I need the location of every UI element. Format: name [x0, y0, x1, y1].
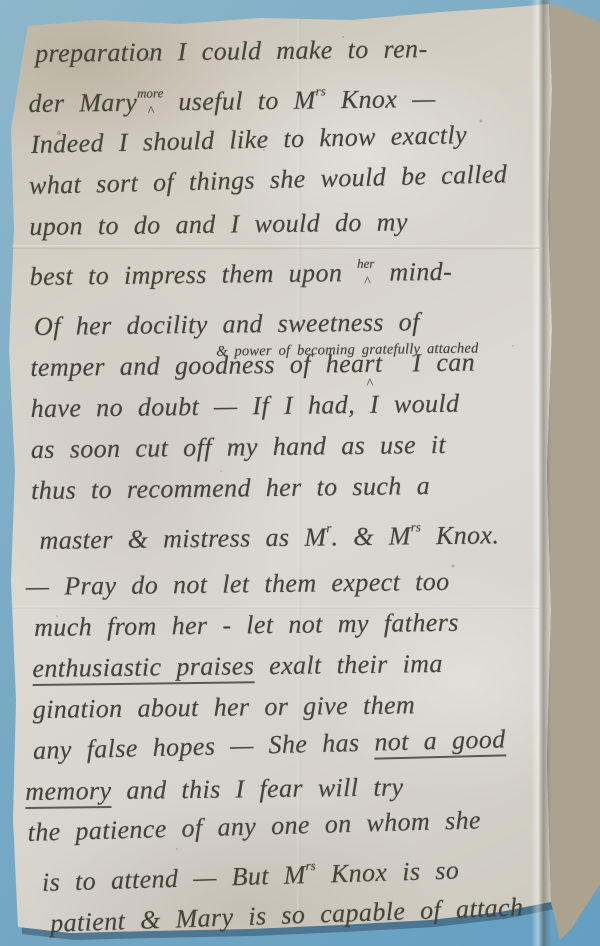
letter-line: much from her - let not my fathers: [34, 600, 580, 648]
letter-line: upon to do and I would do my: [29, 199, 577, 247]
underlined-text: memory: [25, 776, 112, 809]
caret-mark: ^: [364, 262, 371, 303]
underlined-text: enthusiastic praises: [32, 651, 254, 686]
letter-text: mind-: [374, 257, 452, 287]
letter-text: — Pray do not let them expect too: [26, 567, 450, 601]
letter-line: enthusiastic praises exalt their ima: [32, 641, 580, 689]
letter-line: as soon cut off my hand as use it: [31, 422, 579, 470]
letter-text: exalt their ima: [254, 649, 443, 680]
letter-text: der Mary: [28, 88, 137, 118]
letter-text: upon to do and I would do my: [29, 207, 408, 241]
letter-lines: preparation I could make to ren-der Mary…: [28, 29, 582, 944]
letter-text: much from her - let not my fathers: [34, 608, 459, 642]
letter-text: thus to recommend her to such a: [31, 471, 430, 505]
paper-specks: [0, 0, 2, 2]
letter-text: as soon cut off my hand as use it: [31, 430, 447, 464]
letter-text: gination about her or give them: [33, 690, 416, 724]
letter-line: have no doubt — If I had, I would: [30, 381, 578, 429]
letter-text: Knox is so: [316, 856, 460, 889]
letter-line: best to impress them upon her^ mind-: [29, 240, 578, 297]
letter-line: master & mistress as Mr. & Mrs Knox.: [39, 504, 580, 561]
underlined-text: not a good: [374, 724, 506, 759]
letter-text: have no doubt — If I had, I would: [30, 389, 459, 423]
letter-text: Knox.: [421, 520, 500, 550]
letter-text: best to impress them upon: [30, 258, 358, 291]
letter-text: master & mistress as M: [39, 522, 326, 555]
interlinear-insertion: & power of becoming gratefully attached: [216, 329, 479, 373]
letter-text: preparation I could make to ren-: [35, 34, 428, 68]
letter-text: is to attend — But M: [42, 860, 307, 897]
letter-text: the patience of any one on whom she: [27, 805, 481, 847]
letter-text: Indeed I should like to know exactly: [30, 120, 467, 159]
superscript-text: rs: [305, 858, 316, 873]
letter-line: — Pray do not let them expect too: [26, 559, 580, 607]
letter-text: useful to M: [163, 85, 316, 116]
letter-line: & power of becoming gratefully attached^…: [30, 340, 578, 388]
superscript-text: more^: [137, 85, 163, 100]
letter-line: thus to recommend her to such a: [31, 463, 579, 511]
letter-line: preparation I could make to ren-: [35, 26, 576, 74]
photo-background: preparation I could make to ren-der Mary…: [0, 0, 600, 946]
letter-text: . & M: [331, 521, 411, 551]
letter-text: what sort of things she would be called: [29, 159, 508, 200]
superscript-text: her^: [357, 256, 375, 271]
letter-text: and this I fear will try: [111, 772, 403, 805]
letter-text: any false hopes — She has: [33, 728, 375, 765]
letter-text: Knox —: [326, 84, 436, 114]
superscript-text: rs: [316, 83, 326, 98]
